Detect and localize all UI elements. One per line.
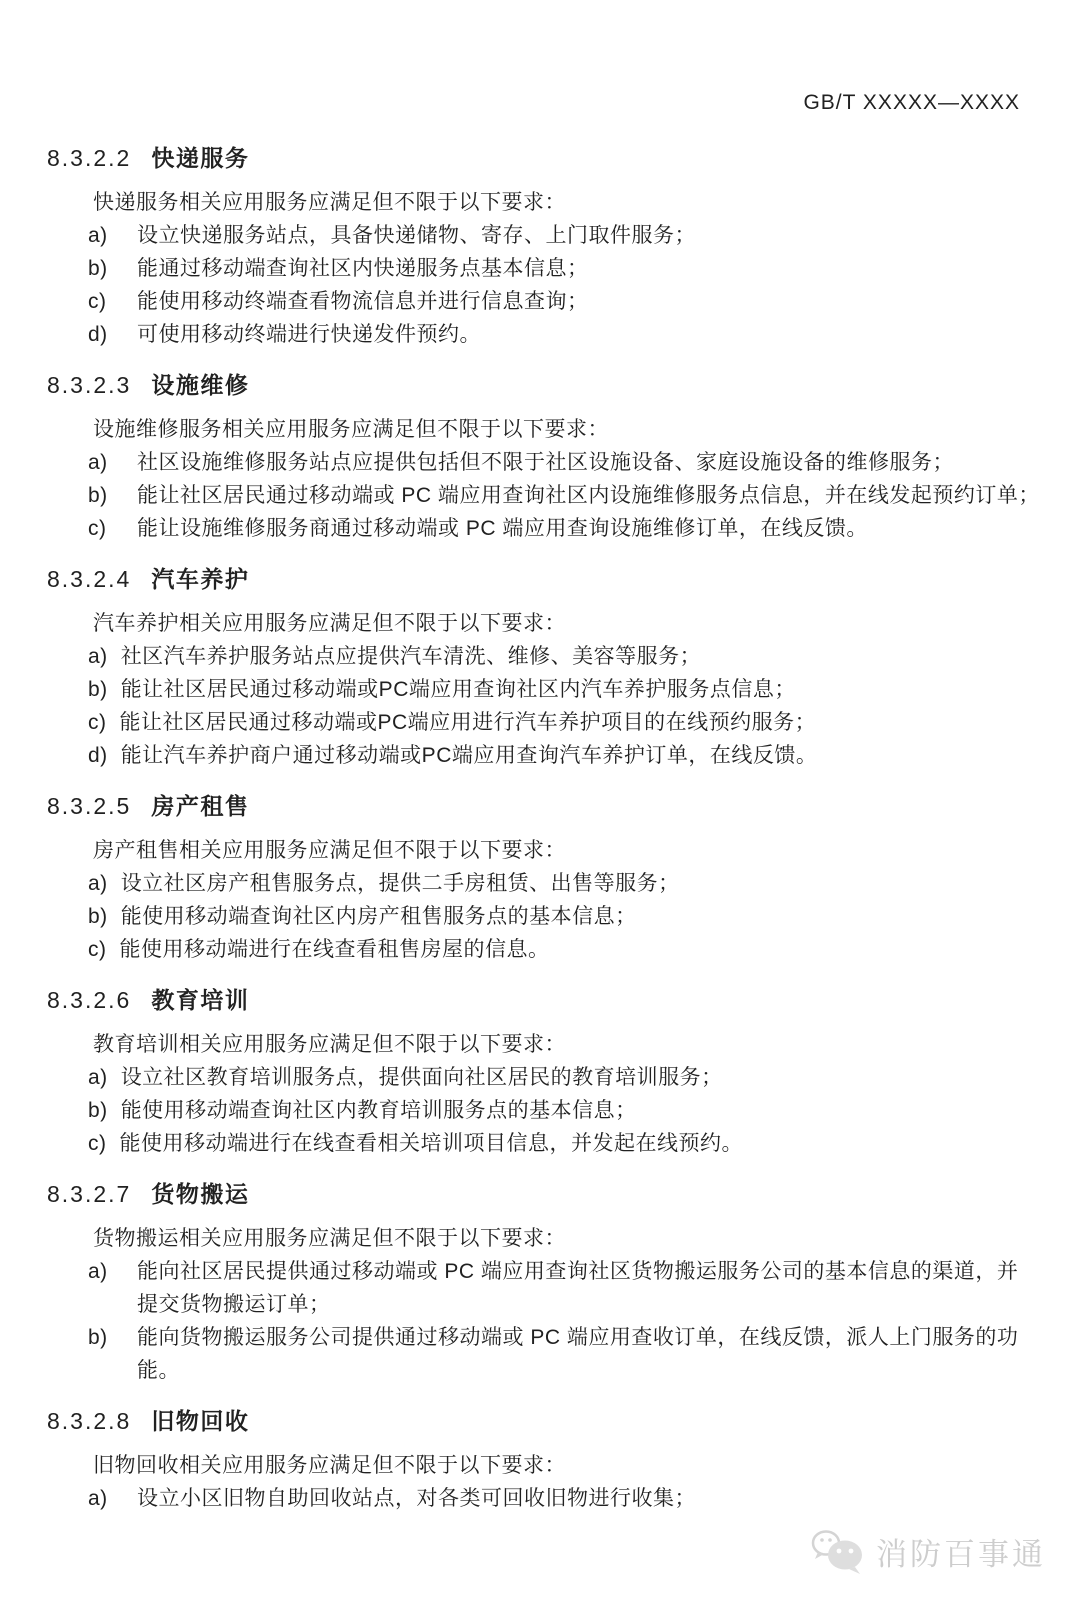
item-text: 能让社区居民通过移动端或PC端应用查询社区内汽车养护服务点信息； [121,673,1052,706]
item-text: 能让汽车养护商户通过移动端或PC端应用查询汽车养护订单，在线反馈。 [121,739,1052,772]
item-text-line: 能让设施维修服务商通过移动端或 PC 端应用查询设施维修订单，在线反馈。 [137,512,1052,545]
document-section: 8.3.2.8 旧物回收 旧物回收相关应用服务应满足但不限于以下要求： a) 设… [47,1407,1080,1515]
item-text-line: 设立社区教育培训服务点，提供面向社区居民的教育培训服务； [121,1061,1052,1094]
requirement-item: c) 能让设施维修服务商通过移动端或 PC 端应用查询设施维修订单，在线反馈。 [88,512,1052,545]
section-title: 快递服务 [151,144,249,172]
item-label: b) [88,673,108,706]
section-number: 8.3.2.3 [47,371,131,399]
section-intro: 房产租售相关应用服务应满足但不限于以下要求： [93,834,1052,867]
section-title: 房产租售 [151,792,249,820]
requirement-list: a) 能向社区居民提供通过移动端或 PC 端应用查询社区货物搬运服务公司的基本信… [88,1255,1052,1387]
item-label: a) [88,219,137,252]
section-heading: 8.3.2.7 货物搬运 [47,1180,1080,1208]
requirement-item: a) 设立小区旧物自助回收站点，对各类可回收旧物进行收集； [88,1482,1052,1515]
requirement-item: a) 能向社区居民提供通过移动端或 PC 端应用查询社区货物搬运服务公司的基本信… [88,1255,1052,1321]
requirement-item: b) 能让社区居民通过移动端或PC端应用查询社区内汽车养护服务点信息； [88,673,1052,706]
requirement-item: c) 能让社区居民通过移动端或PC端应用进行汽车养护项目的在线预约服务； [88,706,1052,739]
section-title: 教育培训 [151,986,249,1014]
item-text: 能让社区居民通过移动端或PC端应用进行汽车养护项目的在线预约服务； [120,706,1053,739]
item-text: 设立社区房产租售服务点，提供二手房租赁、出售等服务； [121,867,1052,900]
item-text-line: 提交货物搬运订单； [137,1288,1052,1321]
item-text-line: 能使用移动端查询社区内房产租售服务点的基本信息； [121,900,1052,933]
section-number: 8.3.2.4 [47,565,131,593]
item-label: c) [88,285,137,318]
section-body: 旧物回收相关应用服务应满足但不限于以下要求： a) 设立小区旧物自助回收站点，对… [47,1449,1080,1515]
requirement-list: a) 设立社区房产租售服务点，提供二手房租赁、出售等服务； b) 能使用移动端查… [88,867,1052,966]
section-intro: 快递服务相关应用服务应满足但不限于以下要求： [93,186,1052,219]
item-text-line: 能使用移动端进行在线查看相关培训项目信息，并发起在线预约。 [120,1127,1053,1160]
requirement-item: c) 能使用移动端进行在线查看相关培训项目信息，并发起在线预约。 [88,1127,1052,1160]
item-label: a) [88,1061,108,1094]
item-text-line: 能使用移动端进行在线查看租售房屋的信息。 [120,933,1053,966]
section-number: 8.3.2.6 [47,986,131,1014]
item-text-line: 能使用移动端查询社区内教育培训服务点的基本信息； [121,1094,1052,1127]
requirement-item: a) 社区汽车养护服务站点应提供汽车清洗、维修、美容等服务； [88,640,1052,673]
section-heading: 8.3.2.3 设施维修 [47,371,1080,399]
item-text-line: 能。 [137,1354,1052,1387]
item-text: 设立快递服务站点，具备快递储物、寄存、上门取件服务； [137,219,1052,252]
item-text: 能向社区居民提供通过移动端或 PC 端应用查询社区货物搬运服务公司的基本信息的渠… [137,1255,1052,1321]
document-section: 8.3.2.5 房产租售 房产租售相关应用服务应满足但不限于以下要求： a) 设… [47,792,1080,966]
standard-document-page: GB/T XXXXX—XXXX 8.3.2.2 快递服务 快递服务相关应用服务应… [0,0,1080,1598]
item-text-line: 能让社区居民通过移动端或PC端应用查询社区内汽车养护服务点信息； [121,673,1052,706]
item-text: 能使用移动端进行在线查看租售房屋的信息。 [120,933,1053,966]
item-label: b) [88,252,137,285]
item-text: 能使用移动终端查看物流信息并进行信息查询； [137,285,1052,318]
requirement-item: b) 能通过移动端查询社区内快递服务点基本信息； [88,252,1052,285]
item-text-line: 设立社区房产租售服务点，提供二手房租赁、出售等服务； [121,867,1052,900]
item-label: c) [88,933,107,966]
item-text: 设立小区旧物自助回收站点，对各类可回收旧物进行收集； [137,1482,1052,1515]
item-label: c) [88,1127,107,1160]
section-intro: 设施维修服务相关应用服务应满足但不限于以下要求： [93,413,1052,446]
section-title: 汽车养护 [151,565,249,593]
document-section: 8.3.2.2 快递服务 快递服务相关应用服务应满足但不限于以下要求： a) 设… [47,144,1080,351]
document-section: 8.3.2.3 设施维修 设施维修服务相关应用服务应满足但不限于以下要求： a)… [47,371,1080,545]
section-heading: 8.3.2.5 房产租售 [47,792,1080,820]
doc-code: GB/T XXXXX—XXXX [803,91,1020,114]
item-text-line: 能让社区居民通过移动端或PC端应用进行汽车养护项目的在线预约服务； [120,706,1053,739]
requirement-item: a) 设立快递服务站点，具备快递储物、寄存、上门取件服务； [88,219,1052,252]
item-text: 能使用移动端查询社区内房产租售服务点的基本信息； [121,900,1052,933]
item-text: 能使用移动端查询社区内教育培训服务点的基本信息； [121,1094,1052,1127]
item-text: 能让社区居民通过移动端或 PC 端应用查询社区内设施维修服务点信息，并在线发起预… [137,479,1052,512]
item-text: 社区汽车养护服务站点应提供汽车清洗、维修、美容等服务； [121,640,1052,673]
requirement-list: a) 社区设施维修服务站点应提供包括但不限于社区设施设备、家庭设施设备的维修服务… [88,446,1052,545]
wechat-chat-bubbles-icon [811,1526,869,1576]
requirement-item: d) 可使用移动终端进行快递发件预约。 [88,318,1052,351]
section-title: 旧物回收 [151,1407,249,1435]
item-text-line: 能让社区居民通过移动端或 PC 端应用查询社区内设施维修服务点信息，并在线发起预… [137,479,1052,512]
item-text: 设立社区教育培训服务点，提供面向社区居民的教育培训服务； [121,1061,1052,1094]
item-text-line: 能向货物搬运服务公司提供通过移动端或 PC 端应用查收订单，在线反馈，派人上门服… [137,1321,1052,1354]
section-number: 8.3.2.2 [47,144,131,172]
doc-header: GB/T XXXXX—XXXX [0,0,1080,116]
requirement-list: a) 社区汽车养护服务站点应提供汽车清洗、维修、美容等服务； b) 能让社区居民… [88,640,1052,772]
section-intro: 旧物回收相关应用服务应满足但不限于以下要求： [93,1449,1052,1482]
section-intro: 货物搬运相关应用服务应满足但不限于以下要求： [93,1222,1052,1255]
requirement-item: c) 能使用移动终端查看物流信息并进行信息查询； [88,285,1052,318]
item-text: 能向货物搬运服务公司提供通过移动端或 PC 端应用查收订单，在线反馈，派人上门服… [137,1321,1052,1387]
section-body: 设施维修服务相关应用服务应满足但不限于以下要求： a) 社区设施维修服务站点应提… [47,413,1080,545]
document-body: 8.3.2.2 快递服务 快递服务相关应用服务应满足但不限于以下要求： a) 设… [0,144,1080,1515]
item-text: 可使用移动终端进行快递发件预约。 [137,318,1052,351]
requirement-item: b) 能使用移动端查询社区内教育培训服务点的基本信息； [88,1094,1052,1127]
item-label: a) [88,446,137,479]
item-text-line: 社区设施维修服务站点应提供包括但不限于社区设施设备、家庭设施设备的维修服务； [137,446,1052,479]
section-heading: 8.3.2.6 教育培训 [47,986,1080,1014]
item-label: b) [88,1321,137,1387]
document-section: 8.3.2.6 教育培训 教育培训相关应用服务应满足但不限于以下要求： a) 设… [47,986,1080,1160]
item-text-line: 能使用移动终端查看物流信息并进行信息查询； [137,285,1052,318]
section-number: 8.3.2.5 [47,792,131,820]
item-label: c) [88,512,137,545]
item-text-line: 设立小区旧物自助回收站点，对各类可回收旧物进行收集； [137,1482,1052,1515]
document-section: 8.3.2.4 汽车养护 汽车养护相关应用服务应满足但不限于以下要求： a) 社… [47,565,1080,772]
requirement-item: c) 能使用移动端进行在线查看租售房屋的信息。 [88,933,1052,966]
requirement-list: a) 设立快递服务站点，具备快递储物、寄存、上门取件服务； b) 能通过移动端查… [88,219,1052,351]
item-text-line: 设立快递服务站点，具备快递储物、寄存、上门取件服务； [137,219,1052,252]
section-body: 货物搬运相关应用服务应满足但不限于以下要求： a) 能向社区居民提供通过移动端或… [47,1222,1080,1387]
requirement-item: a) 设立社区教育培训服务点，提供面向社区居民的教育培训服务； [88,1061,1052,1094]
item-label: a) [88,867,108,900]
item-label: b) [88,479,137,512]
item-text: 社区设施维修服务站点应提供包括但不限于社区设施设备、家庭设施设备的维修服务； [137,446,1052,479]
section-number: 8.3.2.7 [47,1180,131,1208]
requirement-item: a) 设立社区房产租售服务点，提供二手房租赁、出售等服务； [88,867,1052,900]
item-text-line: 社区汽车养护服务站点应提供汽车清洗、维修、美容等服务； [121,640,1052,673]
document-section: 8.3.2.7 货物搬运 货物搬运相关应用服务应满足但不限于以下要求： a) 能… [47,1180,1080,1387]
item-label: c) [88,706,107,739]
section-body: 房产租售相关应用服务应满足但不限于以下要求： a) 设立社区房产租售服务点，提供… [47,834,1080,966]
item-text-line: 可使用移动终端进行快递发件预约。 [137,318,1052,351]
section-title: 设施维修 [151,371,249,399]
watermark-text: 消防百事通 [876,1529,1046,1574]
item-label: b) [88,1094,108,1127]
watermark: 消防百事通 [811,1526,1046,1576]
item-label: a) [88,640,108,673]
section-body: 教育培训相关应用服务应满足但不限于以下要求： a) 设立社区教育培训服务点，提供… [47,1028,1080,1160]
section-body: 汽车养护相关应用服务应满足但不限于以下要求： a) 社区汽车养护服务站点应提供汽… [47,607,1080,772]
section-intro: 汽车养护相关应用服务应满足但不限于以下要求： [93,607,1052,640]
section-heading: 8.3.2.2 快递服务 [47,144,1080,172]
requirement-list: a) 设立小区旧物自助回收站点，对各类可回收旧物进行收集； [88,1482,1052,1515]
item-label: d) [88,318,137,351]
item-text-line: 能通过移动端查询社区内快递服务点基本信息； [137,252,1052,285]
requirement-item: b) 能让社区居民通过移动端或 PC 端应用查询社区内设施维修服务点信息，并在线… [88,479,1052,512]
section-intro: 教育培训相关应用服务应满足但不限于以下要求： [93,1028,1052,1061]
item-text: 能通过移动端查询社区内快递服务点基本信息； [137,252,1052,285]
item-label: b) [88,900,108,933]
requirement-item: b) 能向货物搬运服务公司提供通过移动端或 PC 端应用查收订单，在线反馈，派人… [88,1321,1052,1387]
section-title: 货物搬运 [151,1180,249,1208]
section-body: 快递服务相关应用服务应满足但不限于以下要求： a) 设立快递服务站点，具备快递储… [47,186,1080,351]
section-heading: 8.3.2.8 旧物回收 [47,1407,1080,1435]
item-text-line: 能让汽车养护商户通过移动端或PC端应用查询汽车养护订单，在线反馈。 [121,739,1052,772]
section-number: 8.3.2.8 [47,1407,131,1435]
item-text: 能使用移动端进行在线查看相关培训项目信息，并发起在线预约。 [120,1127,1053,1160]
item-label: d) [88,739,108,772]
requirement-item: a) 社区设施维修服务站点应提供包括但不限于社区设施设备、家庭设施设备的维修服务… [88,446,1052,479]
requirement-item: d) 能让汽车养护商户通过移动端或PC端应用查询汽车养护订单，在线反馈。 [88,739,1052,772]
item-label: a) [88,1482,137,1515]
item-text-line: 能向社区居民提供通过移动端或 PC 端应用查询社区货物搬运服务公司的基本信息的渠… [137,1255,1052,1288]
requirement-list: a) 设立社区教育培训服务点，提供面向社区居民的教育培训服务； b) 能使用移动… [88,1061,1052,1160]
item-text: 能让设施维修服务商通过移动端或 PC 端应用查询设施维修订单，在线反馈。 [137,512,1052,545]
item-label: a) [88,1255,137,1321]
requirement-item: b) 能使用移动端查询社区内房产租售服务点的基本信息； [88,900,1052,933]
section-heading: 8.3.2.4 汽车养护 [47,565,1080,593]
